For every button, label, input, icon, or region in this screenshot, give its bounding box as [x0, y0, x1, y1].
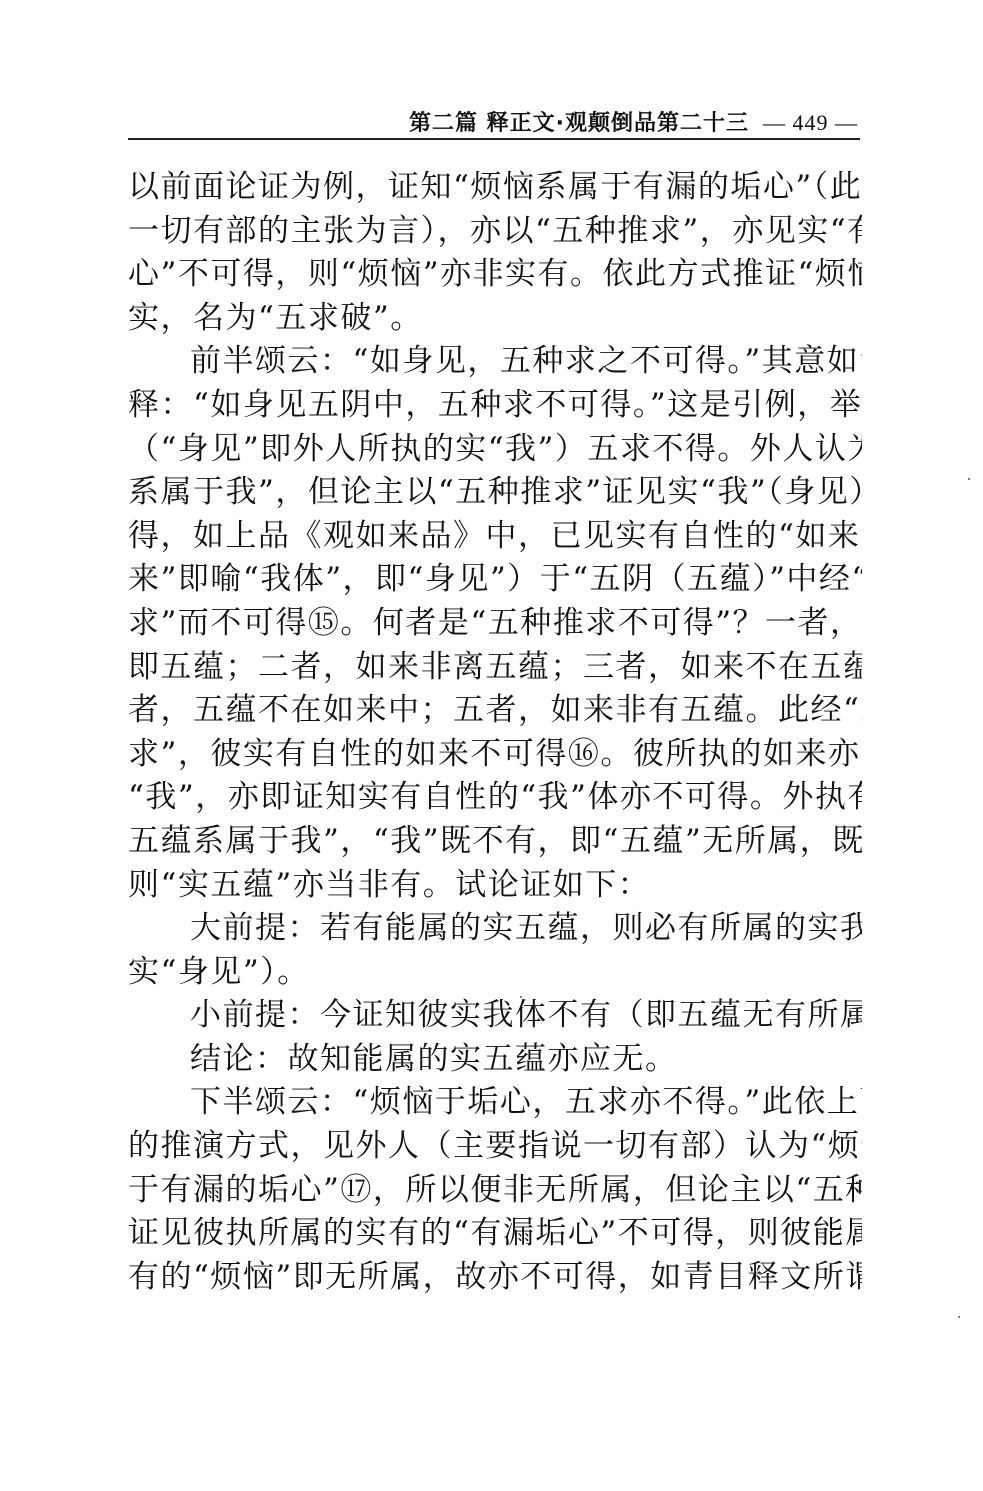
paragraph-start-line: 前半颂云：“如身见，五种求之不可得。”其意如青目所 — [128, 340, 862, 384]
running-header: 第二篇 释正文·观颠倒品第二十三— 449 — — [128, 104, 860, 140]
text-line: 求”，彼实有自性的如来不可得⑯。彼所执的如来亦即是 — [128, 733, 862, 777]
text-line: 于有漏的垢心”⑰，所以便非无所属，但论主以“五种推求” — [128, 1169, 862, 1213]
text-line: 以前面论证为例，证知“烦恼系属于有漏的垢心”（此依说 — [128, 166, 862, 210]
text-line: 证见彼执所属的实有的“有漏垢心”不可得，则彼能属的实 — [128, 1212, 862, 1256]
text-line: 一切有部的主张为言），亦以“五种推求”，亦见实“有漏垢 — [128, 210, 862, 254]
scan-speck — [520, 996, 522, 998]
conclusion-line: 结论：故知能属的实五蕴亦应无。 — [128, 1038, 862, 1082]
text-line: “我”，亦即证知实有自性的“我”体亦不可得。外执有“实 — [128, 776, 862, 820]
text-line: 来”即喻“我体”，即“身见”）于“五阴（五蕴）”中经“五种推 — [128, 558, 862, 602]
major-premise-line: 大前提：若有能属的实五蕴，则必有所属的实我体（即 — [128, 907, 862, 951]
text-line: 五蕴系属于我”，“我”既不有，即“五蕴”无所属，既无所属， — [128, 820, 862, 864]
text-line: 系属于我”，但论主以“五种推求”证见实“我”（身见）不可 — [128, 471, 862, 515]
running-title: 第二篇 释正文·观颠倒品第二十三 — [409, 111, 749, 136]
scan-speck — [958, 1316, 960, 1318]
paragraph-start-line: 下半颂云：“烦恼于垢心，五求亦不得。”此依上面引例 — [128, 1081, 862, 1125]
text-line: 求”而不可得⑮。何者是“五种推求不可得”？一者，如来非 — [128, 602, 862, 646]
text-line: 心”不可得，则“烦恼”亦非实有。依此方式推证“烦恼”非 — [128, 253, 862, 297]
text-line: 则“实五蕴”亦当非有。试论证如下： — [128, 864, 862, 908]
text-line: （“身见”即外人所执的实“我”）五求不得。外人认为“五蕴 — [128, 428, 862, 472]
text-line: 得，如上品《观如来品》中，已见实有自性的“如来”（按：“如 — [128, 515, 862, 559]
page-number: — 449 — — [763, 110, 858, 135]
text-line: 释：“如身见五阴中，五种求不可得。”这是引例，举身见 — [128, 384, 862, 428]
text-line: 者，五蕴不在如来中；五者，如来非有五蕴。此经“五种推 — [128, 689, 862, 733]
text-line: 即五蕴；二者，如来非离五蕴；三者，如来不在五蕴中；四 — [128, 646, 862, 690]
text-line: 实，名为“五求破”。 — [128, 297, 862, 341]
scan-speck — [968, 478, 970, 480]
text-line: 实“身见”）。 — [128, 951, 862, 995]
text-line: 的推演方式，见外人（主要指说一切有部）认为“烦恼系属 — [128, 1125, 862, 1169]
page-body: 以前面论证为例，证知“烦恼系属于有漏的垢心”（此依说 一切有部的主张为言），亦以… — [128, 166, 862, 1299]
header-text: 第二篇 释正文·观颠倒品第二十三— 449 — — [409, 106, 858, 137]
text-line: 有的“烦恼”即无所属，故亦不可得，如青目释文所谓：“如 — [128, 1256, 862, 1300]
minor-premise-line: 小前提：今证知彼实我体不有（即五蕴无有所属）。 — [128, 994, 862, 1038]
